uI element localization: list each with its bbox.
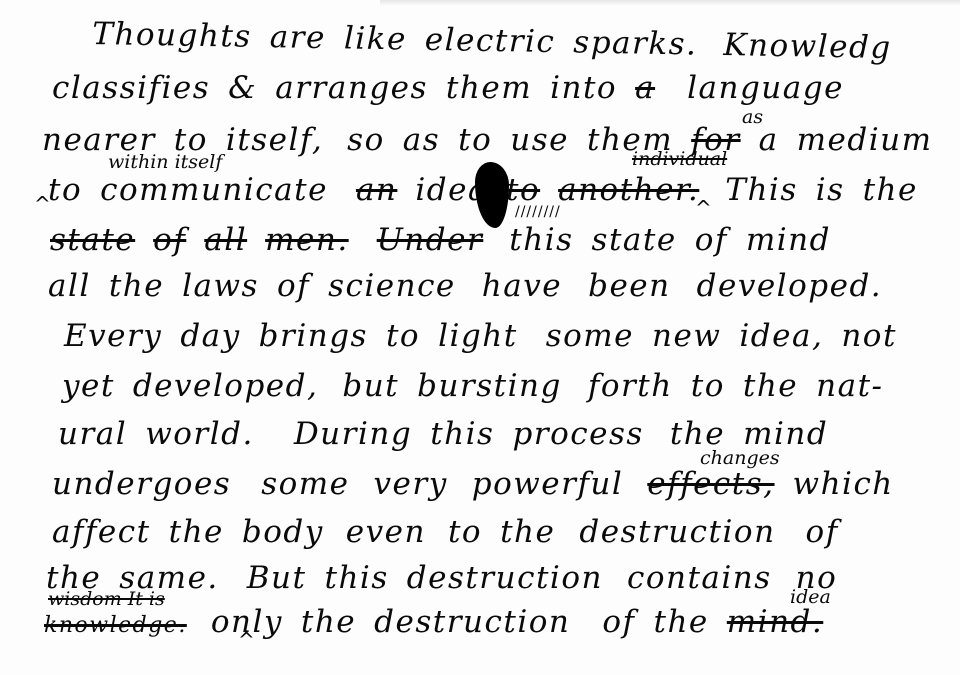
word: medium <box>797 122 933 158</box>
word: the <box>301 604 356 640</box>
word: ural <box>58 416 127 452</box>
word: very <box>374 466 448 502</box>
caret-mark-bottom: ^ <box>238 628 255 652</box>
word: of <box>277 268 310 304</box>
struck-word: an <box>356 172 397 208</box>
word: destruction <box>407 560 603 596</box>
manuscript-line-6: allthelawsofsciencehavebeendeveloped. <box>48 268 900 304</box>
word: idea, <box>739 318 823 354</box>
word: electric <box>425 22 556 60</box>
word: developed. <box>697 268 883 304</box>
word: to <box>691 368 725 404</box>
word: mind <box>746 222 831 258</box>
struck-word: a <box>635 70 655 106</box>
word: the <box>169 514 224 550</box>
word: communicate <box>100 172 328 208</box>
word: body <box>242 514 324 550</box>
word: world. <box>145 416 254 452</box>
word: arranges <box>275 70 428 106</box>
word: day <box>180 318 240 354</box>
word: process <box>512 416 643 452</box>
struck-word: mind. <box>727 604 823 640</box>
word: the <box>500 514 555 550</box>
struck-word: another. <box>558 172 699 208</box>
word: & <box>228 70 257 106</box>
word: of <box>806 514 839 550</box>
word: Thoughts <box>92 16 252 55</box>
struck-word: knowledge. <box>44 613 187 638</box>
manuscript-line-1: Thoughtsarelikeelectricsparks.Knowledg <box>92 16 910 66</box>
word: this <box>430 416 494 452</box>
word: light <box>438 318 518 354</box>
struck-word: state <box>50 222 135 258</box>
word: the <box>654 604 709 640</box>
word: new <box>652 318 721 354</box>
word: to <box>458 122 492 158</box>
manuscript-line-10: undergoessomeverypowerfuleffects,which <box>52 466 912 502</box>
word: language <box>687 70 844 106</box>
word: science <box>328 268 456 304</box>
insertion-individual: individual <box>632 148 727 170</box>
word: This <box>725 172 797 208</box>
struck-word: all <box>204 222 247 258</box>
word: this <box>509 222 573 258</box>
word: destruction <box>579 514 775 550</box>
word: developed, <box>133 368 319 404</box>
word: which <box>793 466 894 502</box>
word: undergoes <box>52 466 231 502</box>
word: into <box>550 70 617 106</box>
word: so <box>347 122 385 158</box>
manuscript-line-13: knowledge.onlythedestructionofthemind. <box>44 604 841 640</box>
word: them <box>446 70 532 106</box>
word: but <box>342 368 399 404</box>
word: nat- <box>816 368 883 404</box>
word: bursting <box>417 368 562 404</box>
word: some <box>261 466 349 502</box>
word: Knowledg <box>723 27 892 66</box>
manuscript-line-8: yetdeveloped,butburstingforthtothenat- <box>62 368 902 404</box>
word: been <box>588 268 671 304</box>
word: During <box>294 416 412 452</box>
word: the <box>109 268 164 304</box>
word: classifies <box>52 70 210 106</box>
illegible-scribble: //////// <box>515 204 561 220</box>
word: Every <box>64 318 162 354</box>
word: itself, <box>226 122 323 158</box>
manuscript-line-7: Everydaybringstolightsomenewidea,not <box>64 318 915 354</box>
word: the <box>743 368 798 404</box>
struck-word: of <box>153 222 186 258</box>
word: are <box>269 19 326 56</box>
word: as <box>403 122 440 158</box>
ink-blot <box>475 162 509 228</box>
word: not <box>841 318 897 354</box>
struck-word: Under <box>377 222 484 258</box>
manuscript-line-12: thesame.Butthisdestructioncontainsno <box>46 560 855 596</box>
word: to <box>448 514 482 550</box>
insertion-within-itself: within itself <box>108 151 222 173</box>
word: brings <box>259 318 368 354</box>
word: affect <box>52 514 151 550</box>
word: all <box>48 268 91 304</box>
word: a <box>759 122 779 158</box>
struck-word: men. <box>265 222 349 258</box>
manuscript-line-2: classifies&arrangesthemintoalanguage <box>52 70 862 106</box>
scan-edge-smudge <box>380 0 960 6</box>
word: is <box>816 172 845 208</box>
manuscript-line-5: stateofallmen.Underthisstateofmind <box>50 222 849 258</box>
word: this <box>325 560 389 596</box>
word: of <box>602 604 635 640</box>
word: to <box>48 172 82 208</box>
word: sparks. <box>573 24 698 62</box>
word: forth <box>588 368 673 404</box>
word: of <box>695 222 728 258</box>
word: state <box>592 222 677 258</box>
caret-mark-mid: ^ <box>695 196 712 220</box>
word: powerful <box>472 466 624 502</box>
word: destruction <box>374 604 570 640</box>
word: to <box>386 318 420 354</box>
word: But <box>247 560 307 596</box>
struck-word: effects, <box>647 466 774 502</box>
manuscript-page: Thoughtsarelikeelectricsparks.Knowledg c… <box>0 0 960 675</box>
word: even <box>346 514 426 550</box>
word: yet <box>62 368 115 404</box>
word: like <box>344 20 408 57</box>
word: have <box>482 268 562 304</box>
manuscript-line-11: affectthebodyeventothedestructionof <box>52 514 857 550</box>
word: use <box>510 122 569 158</box>
word: the <box>863 172 918 208</box>
struck-word: to <box>506 172 540 208</box>
word: some <box>546 318 634 354</box>
word: contains <box>627 560 772 596</box>
word: laws <box>182 268 259 304</box>
